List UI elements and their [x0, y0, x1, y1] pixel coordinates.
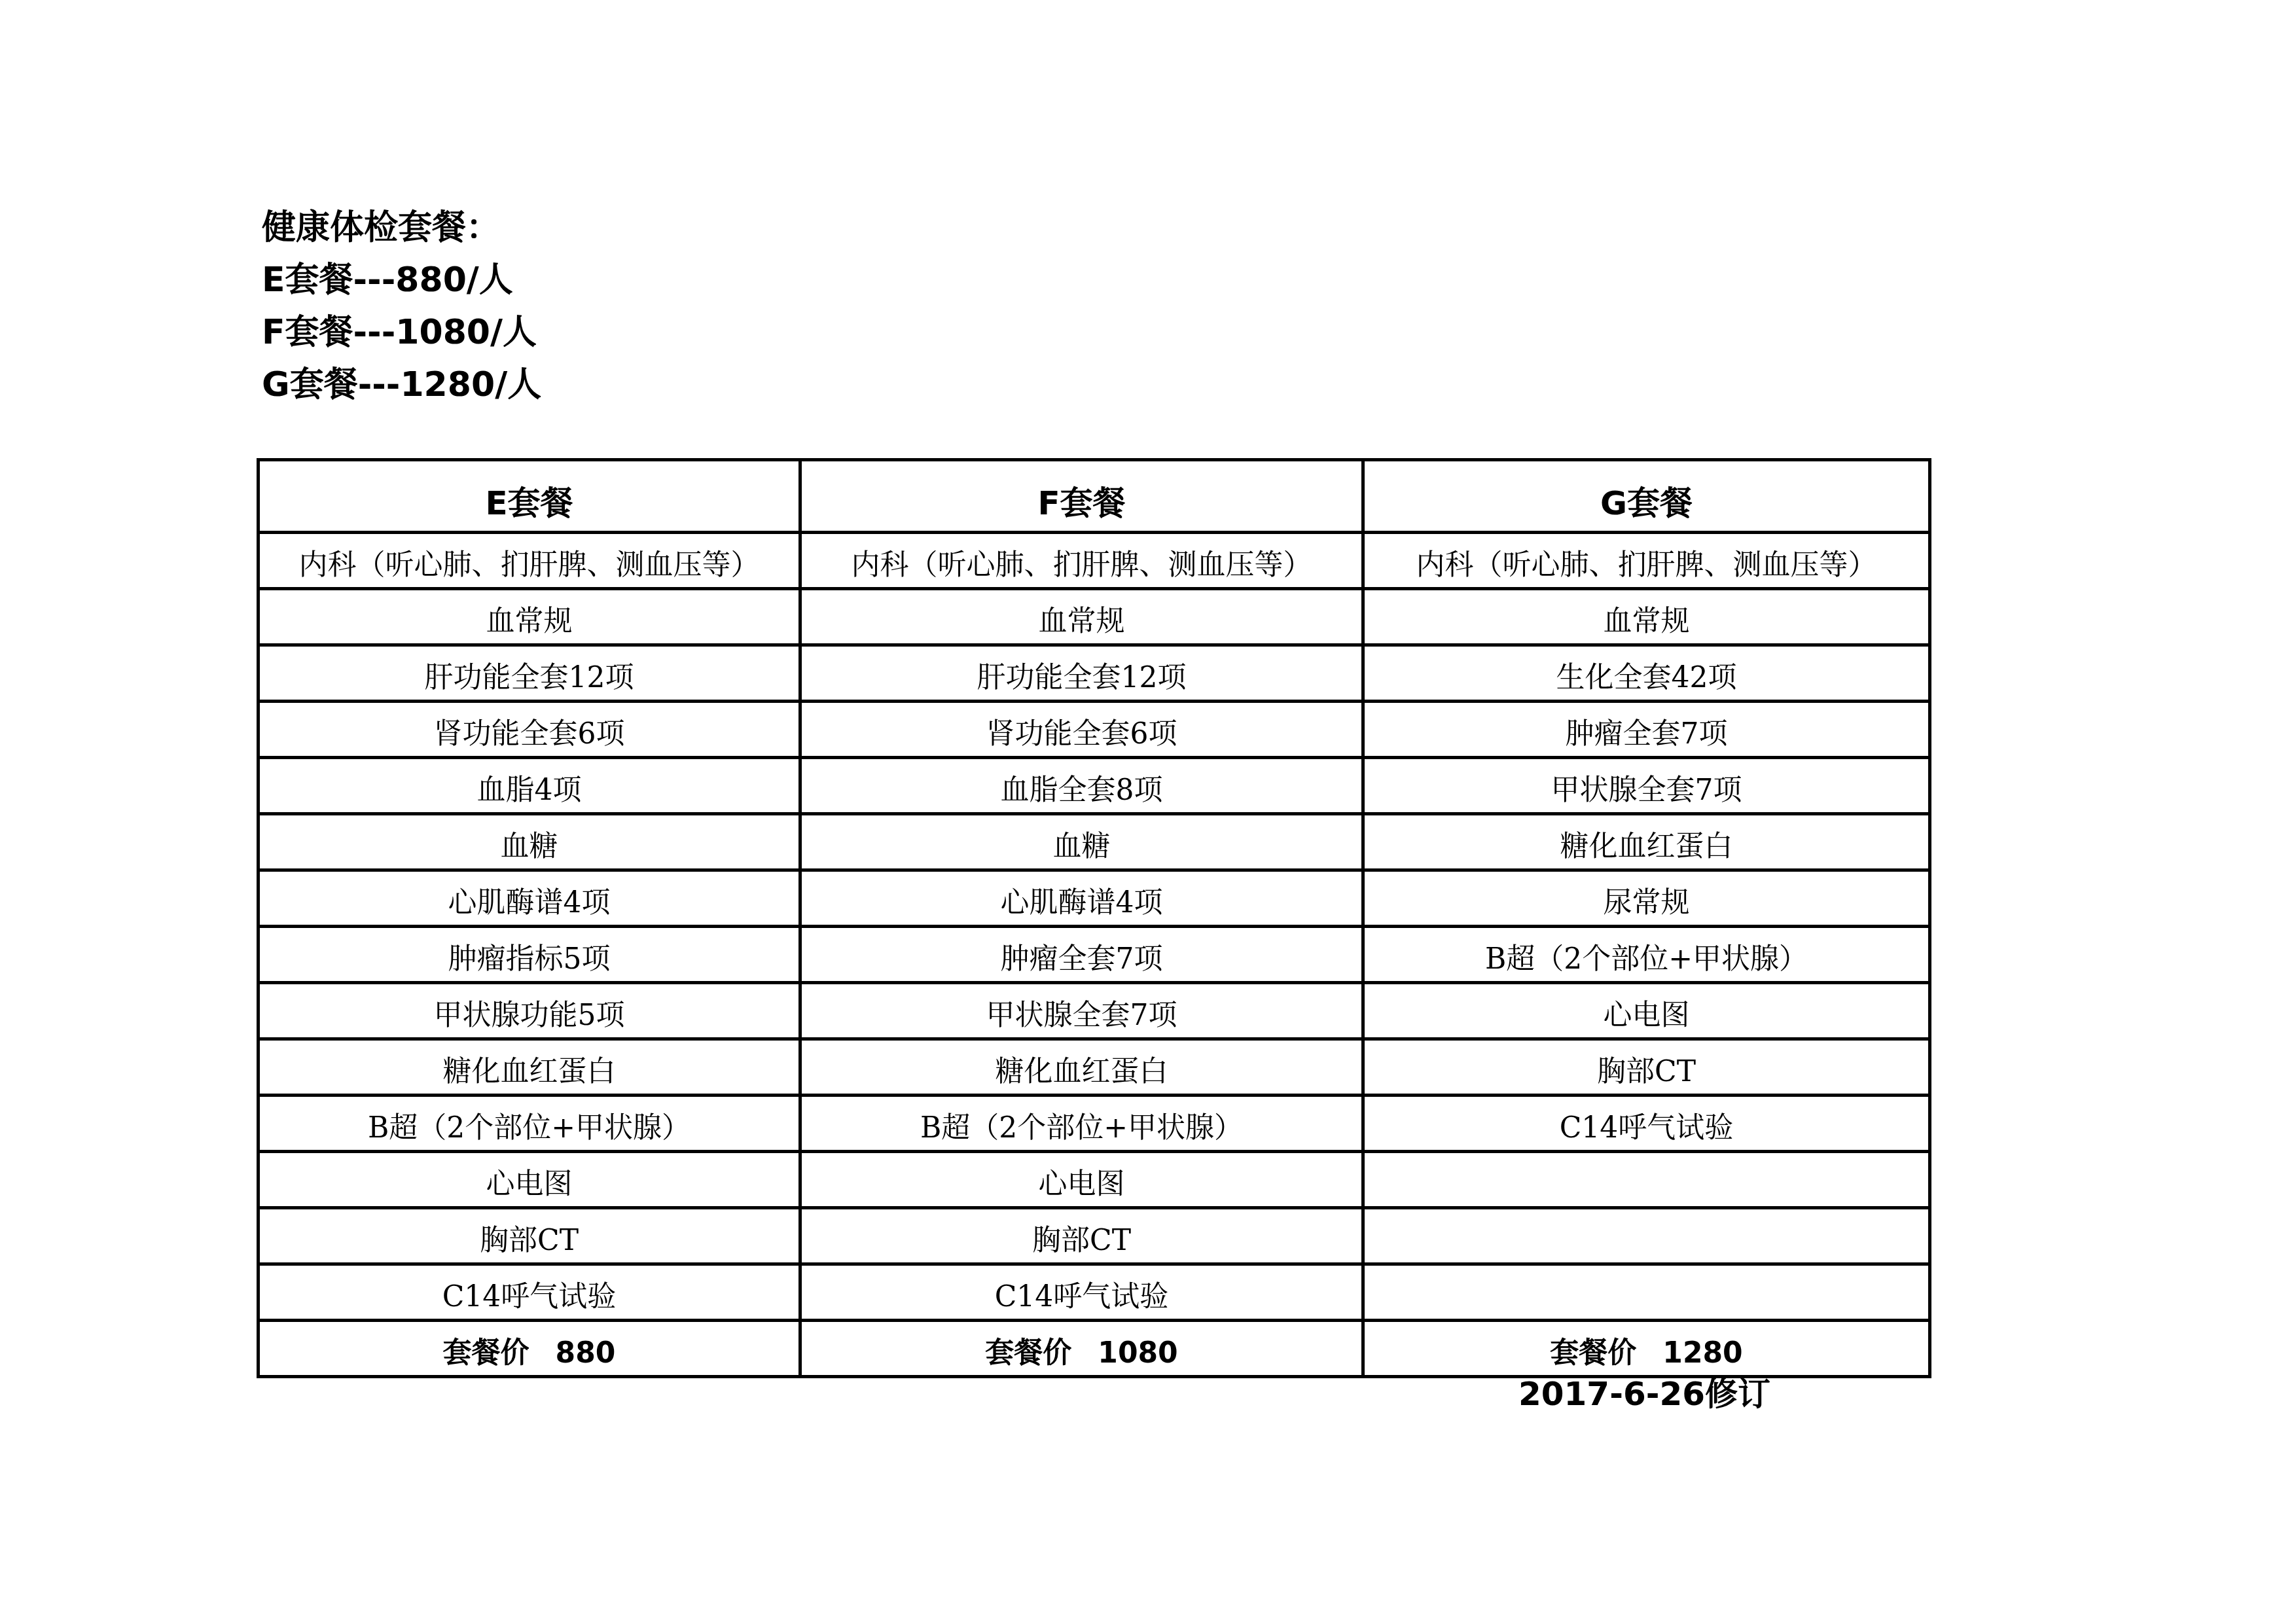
- table-row: 胸部CT 胸部CT: [259, 1208, 1930, 1264]
- table-row: 心肌酶谱4项 心肌酶谱4项 尿常规: [259, 870, 1930, 927]
- table-cell: 肿瘤全套7项: [1363, 702, 1930, 758]
- table-cell: 血常规: [1363, 589, 1930, 645]
- revision-date: 2017-6-26修订: [1518, 1371, 1770, 1417]
- table-row: 心电图 心电图: [259, 1152, 1930, 1208]
- table-cell: [1363, 1208, 1930, 1264]
- price-cell-e: 套餐价880: [259, 1321, 800, 1377]
- table-cell: C14呼气试验: [800, 1264, 1363, 1321]
- table-cell: 心电图: [259, 1152, 800, 1208]
- table-cell: 糖化血红蛋白: [1363, 814, 1930, 870]
- table-row: 血糖 血糖 糖化血红蛋白: [259, 814, 1930, 870]
- intro-package-e: E套餐---880/人: [262, 254, 541, 306]
- table-row: 甲状腺功能5项 甲状腺全套7项 心电图: [259, 983, 1930, 1039]
- price-label: 套餐价: [985, 1336, 1071, 1370]
- table-cell: 内科（听心肺、扪肝脾、测血压等）: [800, 533, 1363, 589]
- table-row: 肝功能全套12项 肝功能全套12项 生化全套42项: [259, 645, 1930, 702]
- header-package-g: G套餐: [1363, 460, 1930, 533]
- table-cell: 糖化血红蛋白: [259, 1039, 800, 1096]
- table-header-row: E套餐 F套餐 G套餐: [259, 460, 1930, 533]
- table-cell: 肿瘤全套7项: [800, 927, 1363, 983]
- price-cell-f: 套餐价1080: [800, 1321, 1363, 1377]
- table-row: 肾功能全套6项 肾功能全套6项 肿瘤全套7项: [259, 702, 1930, 758]
- price-value: 880: [556, 1336, 616, 1370]
- table-cell: 血糖: [259, 814, 800, 870]
- intro-block: 健康体检套餐： E套餐---880/人 F套餐---1080/人 G套餐---1…: [262, 202, 541, 411]
- table-cell: 甲状腺全套7项: [800, 983, 1363, 1039]
- table-row: 糖化血红蛋白 糖化血红蛋白 胸部CT: [259, 1039, 1930, 1096]
- package-table: E套餐 F套餐 G套餐 内科（听心肺、扪肝脾、测血压等） 内科（听心肺、扪肝脾、…: [257, 458, 1931, 1378]
- table-cell: 心电图: [1363, 983, 1930, 1039]
- table-row: B超（2个部位+甲状腺） B超（2个部位+甲状腺） C14呼气试验: [259, 1096, 1930, 1152]
- table-cell: 糖化血红蛋白: [800, 1039, 1363, 1096]
- table-cell: 生化全套42项: [1363, 645, 1930, 702]
- intro-package-f: F套餐---1080/人: [262, 306, 541, 359]
- table-cell: 甲状腺全套7项: [1363, 758, 1930, 814]
- table-cell: 内科（听心肺、扪肝脾、测血压等）: [259, 533, 800, 589]
- price-value: 1280: [1662, 1336, 1742, 1370]
- table-row: 肿瘤指标5项 肿瘤全套7项 B超（2个部位+甲状腺）: [259, 927, 1930, 983]
- table-cell: 胸部CT: [800, 1208, 1363, 1264]
- table-cell: 甲状腺功能5项: [259, 983, 800, 1039]
- table-cell: B超（2个部位+甲状腺）: [1363, 927, 1930, 983]
- table-cell: [1363, 1152, 1930, 1208]
- table-cell: 尿常规: [1363, 870, 1930, 927]
- table-cell: 内科（听心肺、扪肝脾、测血压等）: [1363, 533, 1930, 589]
- price-label: 套餐价: [443, 1336, 529, 1370]
- header-package-e: E套餐: [259, 460, 800, 533]
- table-cell: 肾功能全套6项: [259, 702, 800, 758]
- table-cell: 胸部CT: [259, 1208, 800, 1264]
- price-label: 套餐价: [1550, 1336, 1636, 1370]
- table-cell: 胸部CT: [1363, 1039, 1930, 1096]
- header-package-f: F套餐: [800, 460, 1363, 533]
- price-cell-g: 套餐价1280: [1363, 1321, 1930, 1377]
- intro-package-g: G套餐---1280/人: [262, 359, 541, 411]
- table-cell: B超（2个部位+甲状腺）: [259, 1096, 800, 1152]
- table-row: C14呼气试验 C14呼气试验: [259, 1264, 1930, 1321]
- table-cell: C14呼气试验: [259, 1264, 800, 1321]
- table-cell: 肾功能全套6项: [800, 702, 1363, 758]
- table-cell: 血脂4项: [259, 758, 800, 814]
- table-cell: 肿瘤指标5项: [259, 927, 800, 983]
- table-cell: 肝功能全套12项: [259, 645, 800, 702]
- table-cell: 血常规: [259, 589, 800, 645]
- table-cell: 血糖: [800, 814, 1363, 870]
- table-row: 血脂4项 血脂全套8项 甲状腺全套7项: [259, 758, 1930, 814]
- table-cell: 心电图: [800, 1152, 1363, 1208]
- table-cell: 心肌酶谱4项: [259, 870, 800, 927]
- table-row: 内科（听心肺、扪肝脾、测血压等） 内科（听心肺、扪肝脾、测血压等） 内科（听心肺…: [259, 533, 1930, 589]
- table-cell: B超（2个部位+甲状腺）: [800, 1096, 1363, 1152]
- table-cell: 血常规: [800, 589, 1363, 645]
- table-cell: 肝功能全套12项: [800, 645, 1363, 702]
- price-value: 1080: [1098, 1336, 1177, 1370]
- price-row: 套餐价880 套餐价1080 套餐价1280: [259, 1321, 1930, 1377]
- table-cell: 心肌酶谱4项: [800, 870, 1363, 927]
- table-row: 血常规 血常规 血常规: [259, 589, 1930, 645]
- intro-title: 健康体检套餐：: [262, 202, 541, 254]
- table-cell: C14呼气试验: [1363, 1096, 1930, 1152]
- table-cell: 血脂全套8项: [800, 758, 1363, 814]
- table-cell: [1363, 1264, 1930, 1321]
